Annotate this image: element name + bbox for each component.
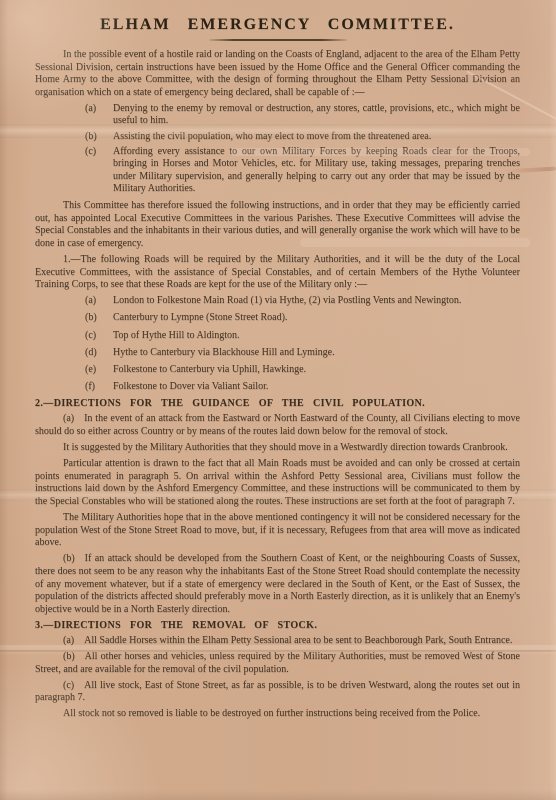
capability-text: Denying to the enemy by removal or destr…: [113, 103, 520, 128]
section-2-paragraph: (b) If an attack should be developed fro…: [35, 553, 520, 616]
road-label: (a): [85, 295, 113, 308]
committee-paragraph: This Committee has therefore issued the …: [35, 200, 520, 250]
road-label: (f): [85, 381, 113, 394]
capability-label: (b): [85, 131, 113, 144]
road-label: (c): [85, 330, 113, 343]
capability-item: (c) Affording every assistance to our ow…: [35, 146, 520, 196]
road-label: (e): [85, 364, 113, 377]
road-label: (d): [85, 347, 113, 360]
road-label: (b): [85, 312, 113, 325]
document-page: ELHAM EMERGENCY COMMITTEE. In the possib…: [0, 0, 556, 800]
section-2-paragraph: Particular attention is drawn to the fac…: [35, 458, 520, 508]
section-2-paragraph: (a) In the event of an attack from the E…: [35, 413, 520, 438]
section-2-paragraph: The Military Authorities hope that in th…: [35, 512, 520, 550]
capability-text: Assisting the civil population, who may …: [113, 131, 520, 144]
section-3-heading: 3.—DIRECTIONS FOR THE REMOVAL OF STOCK.: [35, 620, 520, 633]
section-3-paragraph: (a) All Saddle Horses within the Elham P…: [35, 635, 520, 648]
capability-text: Affording every assistance to our own Mi…: [113, 146, 520, 196]
section-3-paragraph: (c) All live stock, East of Stone Street…: [35, 680, 520, 705]
capabilities-list: (a) Denying to the enemy by removal or d…: [35, 103, 520, 196]
intro-paragraph: In the possible event of a hostile raid …: [35, 49, 520, 99]
capability-label: (c): [85, 146, 113, 196]
section-2-heading: 2.—DIRECTIONS FOR THE GUIDANCE OF THE CI…: [35, 398, 520, 411]
road-text: Top of Hythe Hill to Aldington.: [113, 330, 520, 343]
road-item: (f) Folkestone to Dover via Valiant Sail…: [35, 381, 520, 394]
capability-item: (b) Assisting the civil population, who …: [35, 131, 520, 144]
road-text: Canterbury to Lympne (Stone Street Road)…: [113, 312, 520, 325]
capability-item: (a) Denying to the enemy by removal or d…: [35, 103, 520, 128]
title-rule: [209, 39, 347, 41]
road-item: (e) Folkestone to Canterbury via Uphill,…: [35, 364, 520, 377]
roads-list: (a) London to Folkestone Main Road (1) v…: [35, 295, 520, 394]
road-text: Folkestone to Dover via Valiant Sailor.: [113, 381, 520, 394]
road-text: London to Folkestone Main Road (1) via H…: [113, 295, 520, 308]
capability-label: (a): [85, 103, 113, 128]
road-text: Folkestone to Canterbury via Uphill, Haw…: [113, 364, 520, 377]
road-item: (b) Canterbury to Lympne (Stone Street R…: [35, 312, 520, 325]
document-title: ELHAM EMERGENCY COMMITTEE.: [35, 15, 520, 34]
document-content: ELHAM EMERGENCY COMMITTEE. In the possib…: [0, 0, 556, 800]
road-item: (c) Top of Hythe Hill to Aldington.: [35, 330, 520, 343]
road-item: (d) Hythe to Canterbury via Blackhouse H…: [35, 347, 520, 360]
section-3-paragraph: (b) All other horses and vehicles, unles…: [35, 651, 520, 676]
section-2-paragraph: It is suggested by the Military Authorit…: [35, 442, 520, 455]
road-text: Hythe to Canterbury via Blackhouse Hill …: [113, 347, 520, 360]
section-1-intro: 1.—The following Roads will be required …: [35, 254, 520, 292]
section-3-paragraph: All stock not so removed is liable to be…: [35, 708, 520, 721]
road-item: (a) London to Folkestone Main Road (1) v…: [35, 295, 520, 308]
